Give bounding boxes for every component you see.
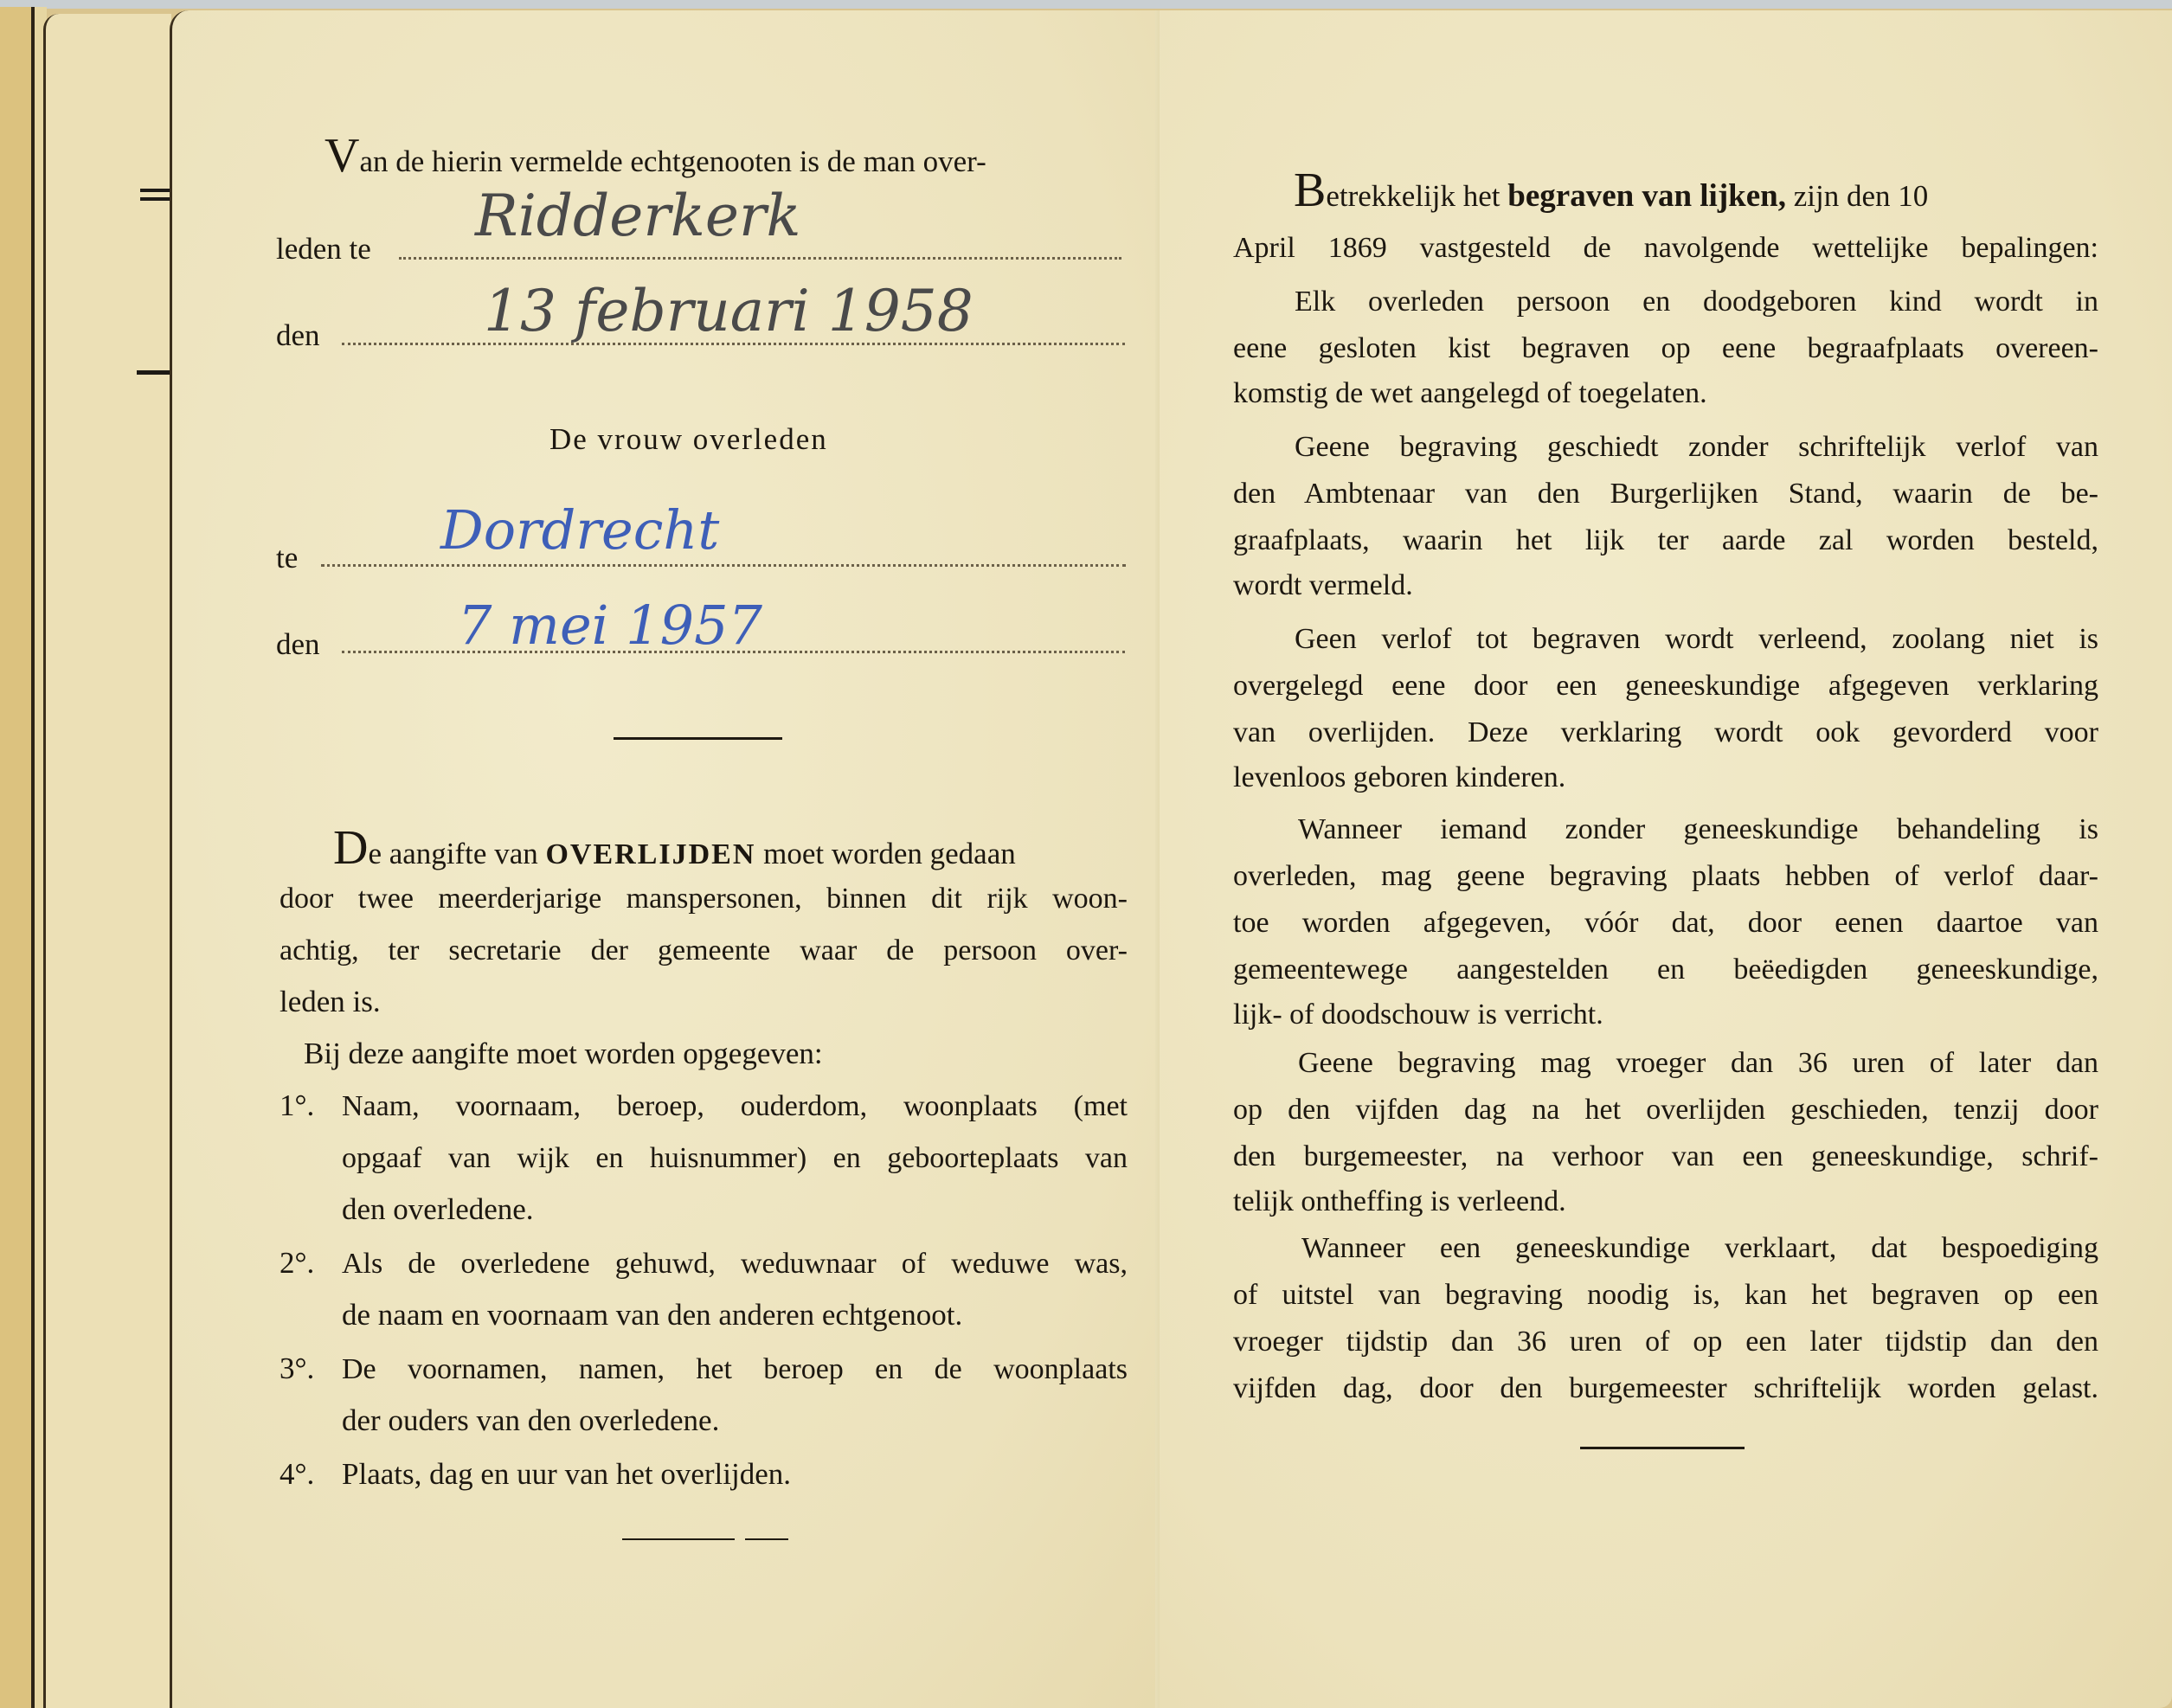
regulation-line: op den vijfden dag na het overlijden ges… xyxy=(1233,1094,2098,1127)
regulation-line: Geen verlof tot begraven wordt verleend,… xyxy=(1295,623,2098,656)
regulation-line: Geene begraving geschiedt zonder schrift… xyxy=(1295,431,2098,464)
overlijden-bold: OVERLIJDEN xyxy=(545,838,755,870)
item-number: 4°. xyxy=(280,1459,314,1489)
text: moet worden gedaan xyxy=(763,837,1016,870)
intro-line-1: Betrekkelijk het begraven van lijken, zi… xyxy=(1294,166,1928,215)
item-line: opgaaf van wijk en huisnummer) en geboor… xyxy=(342,1142,1128,1175)
left-page: Van de hierin vermelde echtgenooten is d… xyxy=(170,10,1176,1708)
regulation-line: toe worden afgegeven, vóór dat, door een… xyxy=(1233,907,2098,940)
wife-place-label: te xyxy=(276,543,298,573)
regulation-line: gemeentewege aangestelden en beëedigden … xyxy=(1233,954,2098,986)
declaration-line: door twee meerderjarige manspersonen, bi… xyxy=(280,883,1128,915)
wife-date-label: den xyxy=(276,629,320,659)
intro-line-2: April 1869 vastgesteld de navolgende wet… xyxy=(1233,232,2098,265)
regulation-line: den Ambtenaar van den Burgerlijken Stand… xyxy=(1233,478,2098,510)
regulation-line: telijk ontheffing is verleend. xyxy=(1233,1187,1566,1217)
item-number: 2°. xyxy=(280,1248,314,1278)
wife-place-handwriting: Dordrecht xyxy=(440,504,719,557)
text: e aangifte van xyxy=(368,837,537,870)
text: zijn den 10 xyxy=(1794,179,1929,213)
item-line: der ouders van den overledene. xyxy=(342,1405,719,1435)
text: etrekkelijk het xyxy=(1326,179,1500,213)
husband-date-handwriting: 13 februari 1958 xyxy=(484,283,974,340)
declaration-line: achtig, ter secretarie der gemeente waar… xyxy=(280,934,1128,967)
section-divider xyxy=(614,737,782,740)
cover-edge xyxy=(0,7,31,1708)
item-line: Plaats, dag en uur van het overlijden. xyxy=(342,1459,791,1489)
regulation-line: of uitstel van begraving noodig is, kan … xyxy=(1233,1279,2098,1312)
husband-place-label: leden te xyxy=(276,234,371,264)
drop-cap: D xyxy=(333,821,368,875)
regulation-line: Wanneer een geneeskundige verklaart, dat… xyxy=(1301,1232,2098,1265)
husband-place-field[interactable] xyxy=(399,257,1121,260)
right-page: Betrekkelijk het begraven van lijken, zi… xyxy=(1160,10,2172,1708)
intro-line: Van de hierin vermelde echtgenooten is d… xyxy=(325,132,986,180)
page-edge-tab xyxy=(43,14,171,1708)
regulation-line: van overlijden. Deze verklaring wordt oo… xyxy=(1233,716,2098,749)
item-line: Als de overledene gehuwd, weduwnaar of w… xyxy=(342,1248,1128,1281)
regulation-line: vroeger tijdstip dan 36 uren of op een l… xyxy=(1233,1326,2098,1358)
declaration-line-1: De aangifte van OVERLIJDEN moet worden g… xyxy=(333,824,1016,872)
tab-mark-single xyxy=(137,370,171,375)
item-line: de naam en voornaam van den anderen echt… xyxy=(342,1300,962,1330)
item-number: 3°. xyxy=(280,1353,314,1384)
tab-mark-double xyxy=(140,189,171,192)
wife-date-handwriting: 7 mei 1957 xyxy=(458,599,762,652)
wife-place-field[interactable] xyxy=(321,564,1126,567)
regulation-line: lijk- of doodschouw is verricht. xyxy=(1233,1000,1603,1030)
intro-text: an de hierin vermelde echtgenooten is de… xyxy=(359,144,986,178)
regulation-line: vijfden dag, door den burgemeester schri… xyxy=(1233,1372,2098,1405)
regulation-line: wordt vermeld. xyxy=(1233,571,1413,600)
regulation-line: komstig de wet aangelegd of toegelaten. xyxy=(1233,379,1707,408)
drop-cap: V xyxy=(325,129,359,183)
regulation-line: overleden, mag geene begraving plaats he… xyxy=(1233,860,2098,893)
scanner-edge xyxy=(0,0,2172,9)
item-line: den overledene. xyxy=(342,1194,534,1224)
item-line: De voornamen, namen, het beroep en de wo… xyxy=(342,1353,1128,1386)
regulation-line: overgelegd eene door een geneeskundige a… xyxy=(1233,670,2098,703)
end-rule xyxy=(622,1538,735,1540)
item-line: Naam, voornaam, beroep, ouderdom, woonpl… xyxy=(342,1090,1128,1123)
husband-place-handwriting: Ridderkerk xyxy=(475,188,801,245)
husband-date-label: den xyxy=(276,320,320,350)
declaration-line: leden is. xyxy=(280,986,381,1017)
regulation-line: Wanneer iemand zonder geneeskundige beha… xyxy=(1298,813,2098,846)
begraven-bold: begraven van lijken, xyxy=(1507,178,1786,214)
regulation-line: Geene begraving mag vroeger dan 36 uren … xyxy=(1298,1047,2098,1080)
regulation-line: den burgemeester, na verhoor van een gen… xyxy=(1233,1140,2098,1173)
drop-cap: B xyxy=(1294,164,1326,217)
tab-mark-double xyxy=(140,197,171,201)
regulation-line: Elk overleden persoon en doodgeboren kin… xyxy=(1295,286,2098,318)
list-intro: Bij deze aangifte moet worden opgegeven: xyxy=(304,1038,823,1069)
end-rule xyxy=(745,1538,788,1540)
regulation-line: levenloos geboren kinderen. xyxy=(1233,763,1565,793)
regulation-line: eene gesloten kist begraven op eene begr… xyxy=(1233,332,2098,365)
regulation-line: graafplaats, waarin het lijk ter aarde z… xyxy=(1233,524,2098,557)
end-rule xyxy=(1580,1447,1745,1449)
wife-heading: De vrouw overleden xyxy=(549,424,828,454)
item-number: 1°. xyxy=(280,1090,314,1120)
